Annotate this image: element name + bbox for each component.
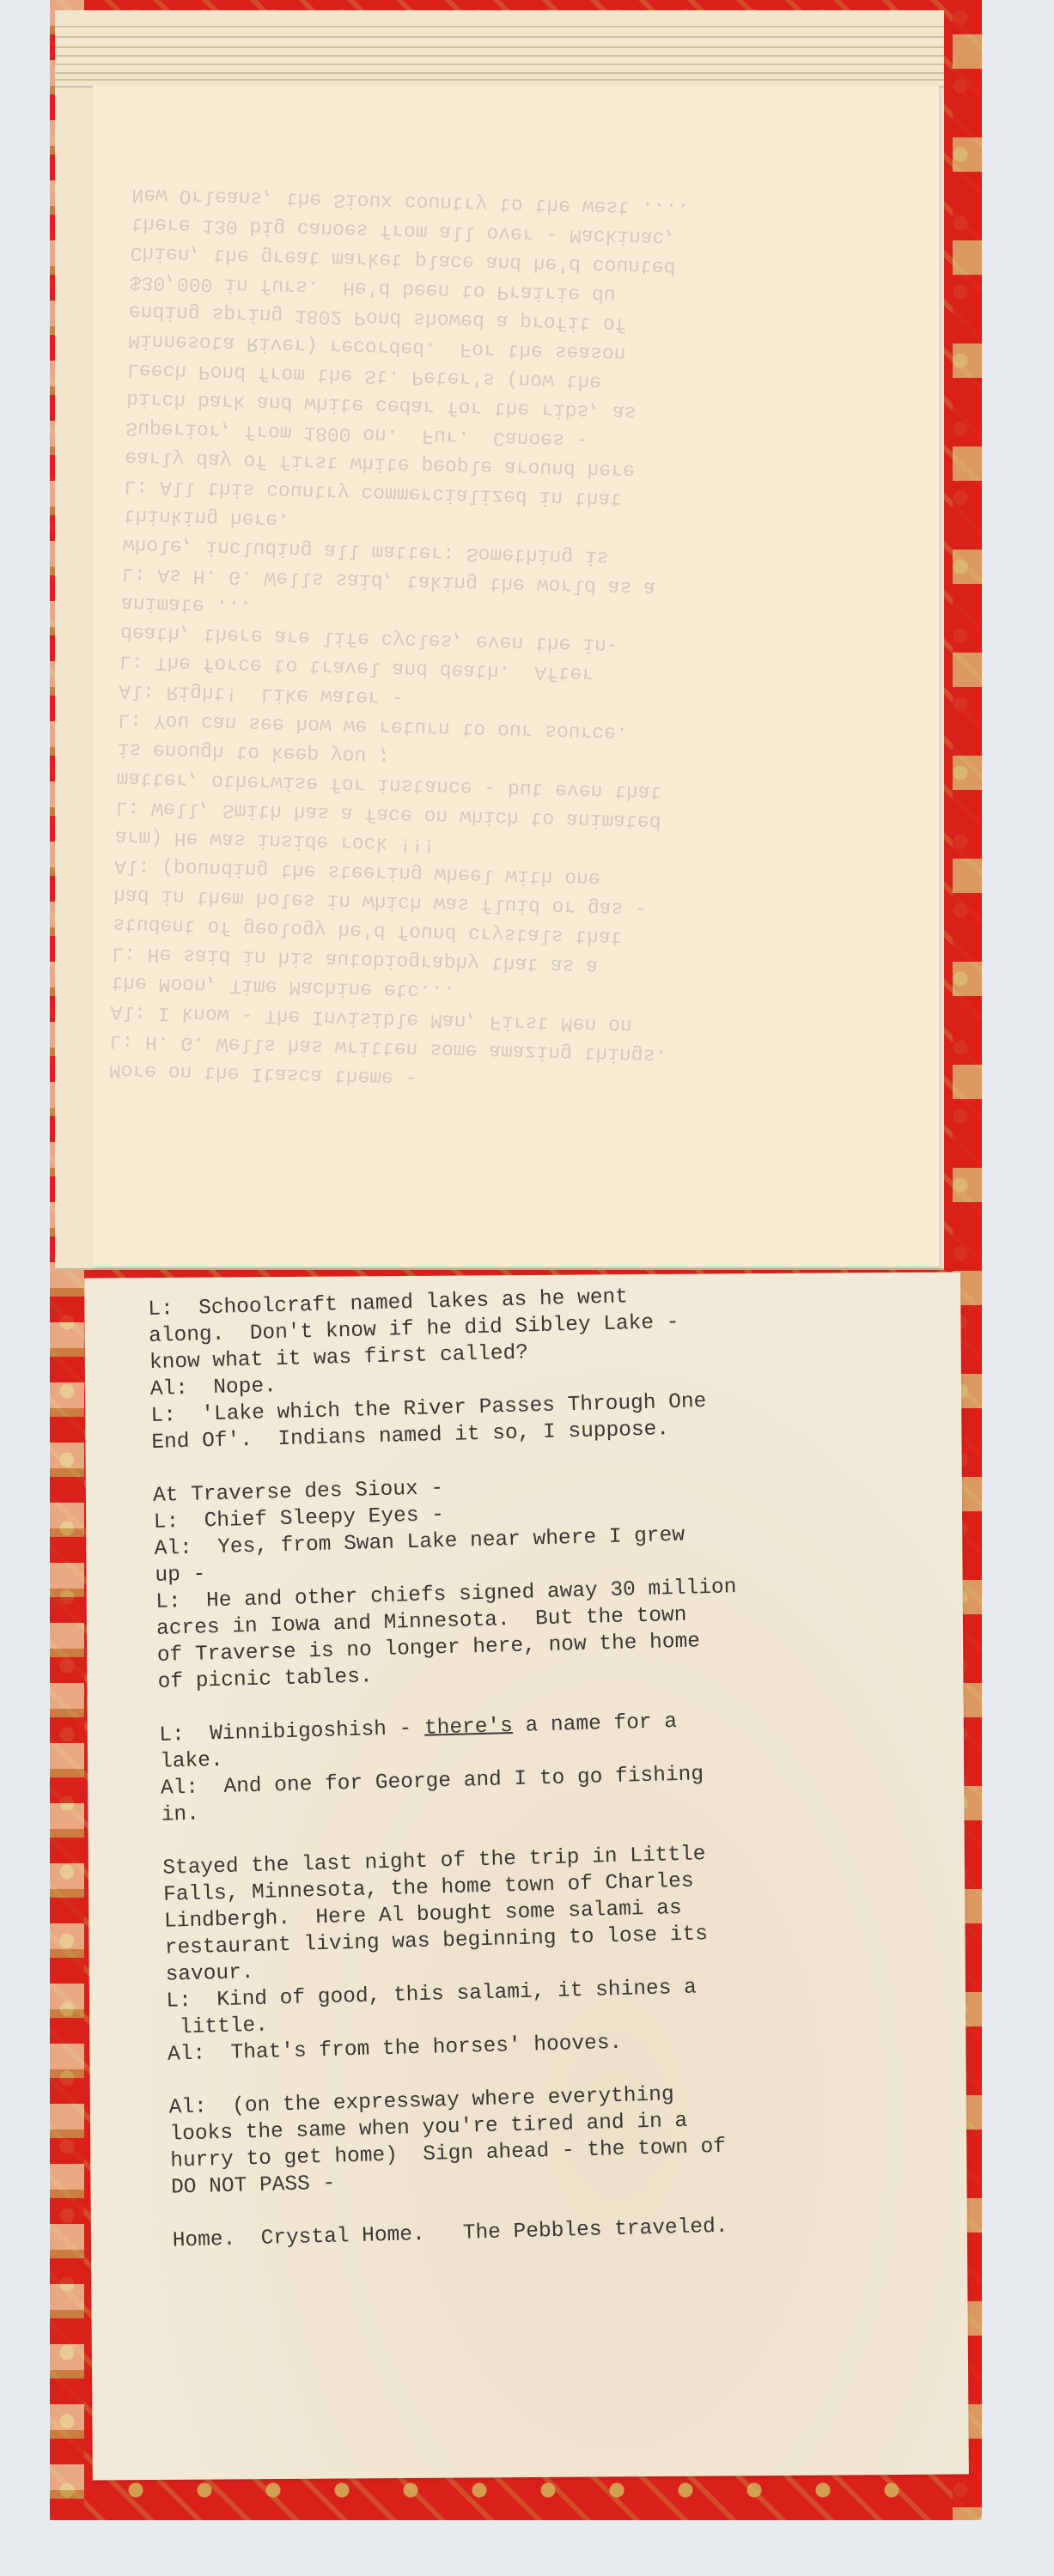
text-line: Home. Crystal Home. The Pebbles traveled… [172,2208,962,2255]
paragraph: Al: (on the expressway where everythingl… [168,2075,961,2202]
paragraph: At Traverse des Sioux -L: Chief Sleepy E… [153,1462,948,1696]
paragraph: L: Schoolcraft named lakes as he wentalo… [148,1276,942,1456]
paragraph: Stayed the last night of the trip in Lit… [162,1835,958,2069]
typed-text-body: L: Schoolcraft named lakes as he wentalo… [148,1276,964,2281]
paragraph: L: Winnibigoshish - there's a name for a… [159,1702,952,1829]
paragraph: Home. Crystal Home. The Pebbles traveled… [172,2208,962,2255]
show-through-text: More on the Itasca theme -L: H. G. Wells… [108,180,819,1103]
underlined-word: there's [424,1715,514,1741]
